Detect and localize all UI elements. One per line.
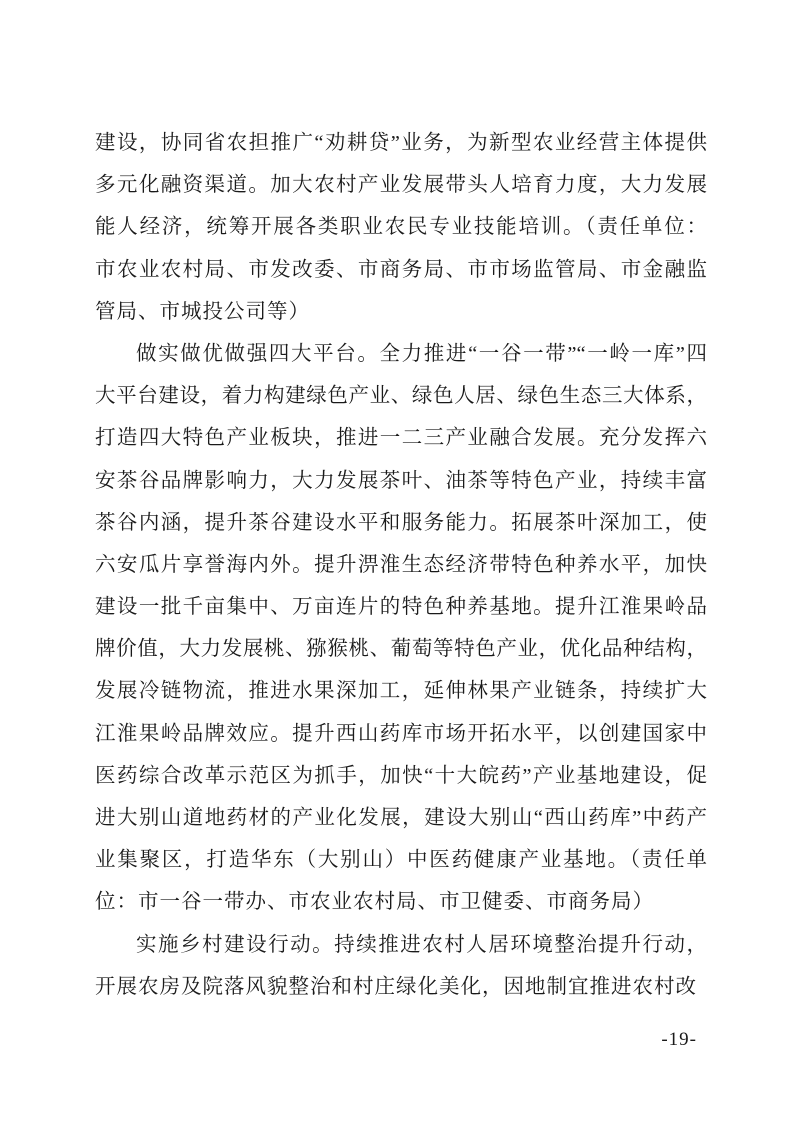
text-line: 做实做优做强四大平台。全力推进“一谷一带”“一岭一库”四 (95, 333, 707, 375)
text-line: 进大别山道地药材的产业化发展，建设大别山“西山药库”中药产 (95, 797, 707, 839)
text-line: 建设一批千亩集中、万亩连片的特色种养基地。提升江淮果岭品 (95, 586, 707, 628)
page-number: -19- (661, 1028, 697, 1052)
text-line: 实施乡村建设行动。持续推进农村人居环境整治提升行动， (95, 924, 707, 966)
text-line: 牌价值，大力发展桃、猕猴桃、葡萄等特色产业，优化品种结构， (95, 628, 707, 670)
text-line: 业集聚区，打造华东（大别山）中医药健康产业基地。（责任单 (95, 839, 707, 881)
text-line: 江淮果岭品牌效应。提升西山药库市场开拓水平，以创建国家中 (95, 713, 707, 755)
text-line: 多元化融资渠道。加大农村产业发展带头人培育力度，大力发展 (95, 164, 707, 206)
text-line: 位：市一谷一带办、市农业农村局、市卫健委、市商务局） (95, 881, 707, 923)
text-line: 大平台建设，着力构建绿色产业、绿色人居、绿色生态三大体系， (95, 375, 707, 417)
text-line: 能人经济，统筹开展各类职业农民专业技能培训。（责任单位： (95, 206, 707, 248)
text-line: 开展农房及院落风貌整治和村庄绿化美化，因地制宜推进农村改 (95, 966, 707, 1008)
text-line: 医药综合改革示范区为抓手，加快“十大皖药”产业基地建设，促 (95, 755, 707, 797)
document-body: 建设，协同省农担推广“劝耕贷”业务，为新型农业经营主体提供 多元化融资渠道。加大… (95, 122, 707, 1008)
text-line: 市农业农村局、市发改委、市商务局、市市场监管局、市金融监 (95, 249, 707, 291)
text-line: 建设，协同省农担推广“劝耕贷”业务，为新型农业经营主体提供 (95, 122, 707, 164)
text-line: 管局、市城投公司等） (95, 291, 707, 333)
text-line: 发展冷链物流，推进水果深加工，延伸林果产业链条，持续扩大 (95, 670, 707, 712)
text-line: 安茶谷品牌影响力，大力发展茶叶、油茶等特色产业，持续丰富 (95, 460, 707, 502)
text-line: 六安瓜片享誉海内外。提升淠淮生态经济带特色种养水平，加快 (95, 544, 707, 586)
text-line: 打造四大特色产业板块，推进一二三产业融合发展。充分发挥六 (95, 417, 707, 459)
document-page: 建设，协同省农担推广“劝耕贷”业务，为新型农业经营主体提供 多元化融资渠道。加大… (0, 0, 793, 1122)
text-line: 茶谷内涵，提升茶谷建设水平和服务能力。拓展茶叶深加工，使 (95, 502, 707, 544)
